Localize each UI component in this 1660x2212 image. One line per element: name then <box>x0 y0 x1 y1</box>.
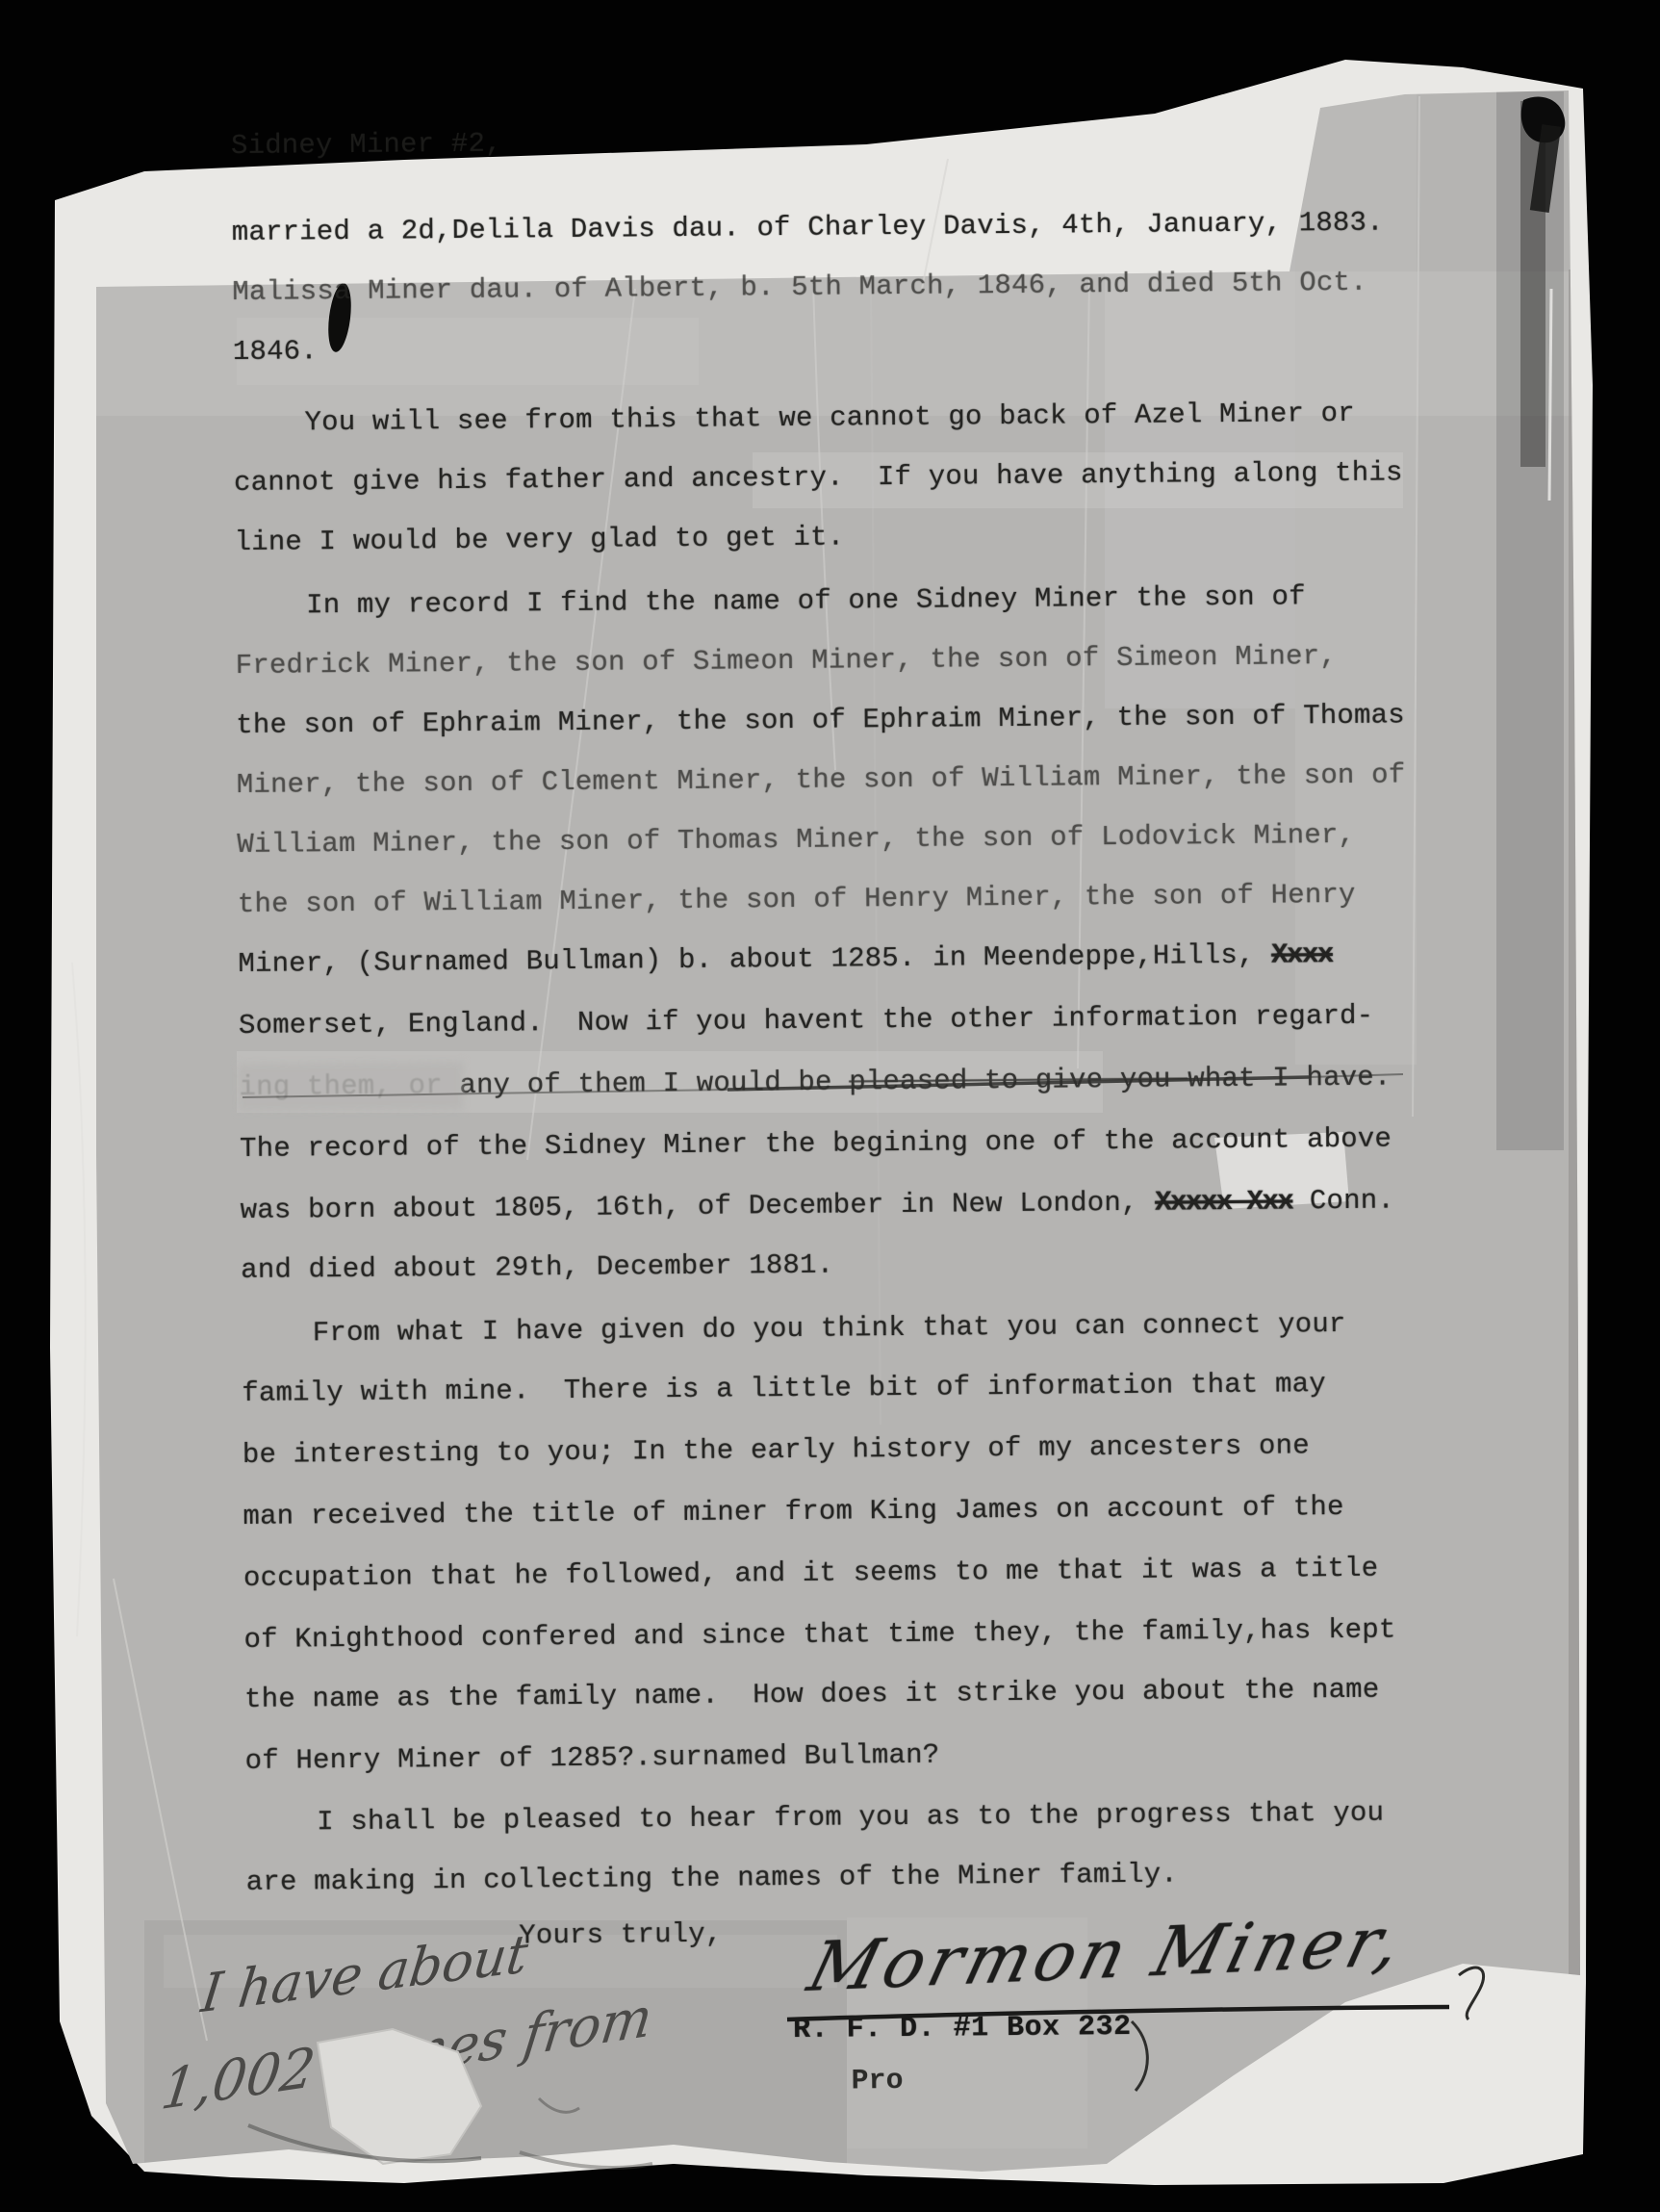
letter-line: are making in collecting the names of th… <box>246 1859 1178 1899</box>
letter-line: I shall be pleased to hear from you as t… <box>317 1797 1384 1839</box>
letter-line: Sidney Miner #2, <box>231 128 502 163</box>
letter-line: Miner, (Surnamed Bullman) b. about 1285.… <box>238 939 1333 981</box>
letter-line: was born about 1805, 16th, of December i… <box>241 1185 1395 1227</box>
letter-line: 1846. <box>233 335 318 369</box>
letter-line: William Miner, the son of Thomas Miner, … <box>237 819 1355 862</box>
letter-line: the son of William Miner, the son of Hen… <box>238 879 1356 921</box>
letter-line: In my record I find the name of one Sidn… <box>306 580 1306 622</box>
signature-address: R. F. D. #1 Box 232 <box>793 2011 1132 2046</box>
letter-line: You will see from this that we cannot go… <box>304 398 1355 440</box>
letter-line: Malissa Miner dau. of Albert, b. 5th Mar… <box>232 267 1367 309</box>
letter-line: From what I have given do you think that… <box>313 1308 1346 1350</box>
letter-line: of Knighthood confered and since that ti… <box>243 1614 1395 1657</box>
letter-line: family with mine. There is a little bit … <box>242 1368 1326 1410</box>
letter-line: cannot give his father and ancestry. If … <box>234 456 1403 500</box>
letter-line: Fredrick Miner, the son of Simeon Miner,… <box>236 640 1337 682</box>
letter-line: the son of Ephraim Miner, the son of Eph… <box>236 699 1405 742</box>
letter-line: Miner, the son of Clement Miner, the son… <box>237 759 1406 802</box>
letter-body: Sidney Miner #2,married a 2d,Delila Davi… <box>231 119 1520 2209</box>
smudge-mark <box>237 1062 463 1112</box>
letter-line: and died about 29th, December 1881. <box>241 1249 833 1287</box>
partial-typed-text: Pro <box>851 2065 903 2097</box>
overstruck-text: Xxxx <box>1271 939 1333 971</box>
handwritten-note-line1: I have about <box>198 1922 531 2024</box>
signature-handwriting: Mormon Miner, <box>801 1901 1415 2007</box>
overstruck-text: Xxxxx Xxx <box>1155 1185 1292 1218</box>
letter-line: of Henry Miner of 1285?.surnamed Bullman… <box>245 1739 940 1778</box>
letter-line: Somerset, England. Now if you havent the… <box>239 1000 1374 1042</box>
letter-line: be interesting to you; In the early hist… <box>243 1429 1310 1472</box>
document-scan: Sidney Miner #2,married a 2d,Delila Davi… <box>0 0 1660 2212</box>
letter-line: Yours truly, <box>519 1918 723 1953</box>
letter-line: the name as the family name. How does it… <box>244 1674 1380 1716</box>
letter-line: occupation that he followed, and it seem… <box>243 1553 1379 1595</box>
letter-line: The record of the Sidney Miner the begin… <box>240 1123 1392 1166</box>
struck-text: pleased to give you <box>849 1063 1188 1097</box>
letter-line: line I would be very glad to get it. <box>234 521 844 559</box>
letter-line: married a 2d,Delila Davis dau. of Charle… <box>232 207 1384 249</box>
letter-line: man received the title of miner from Kin… <box>243 1491 1343 1533</box>
